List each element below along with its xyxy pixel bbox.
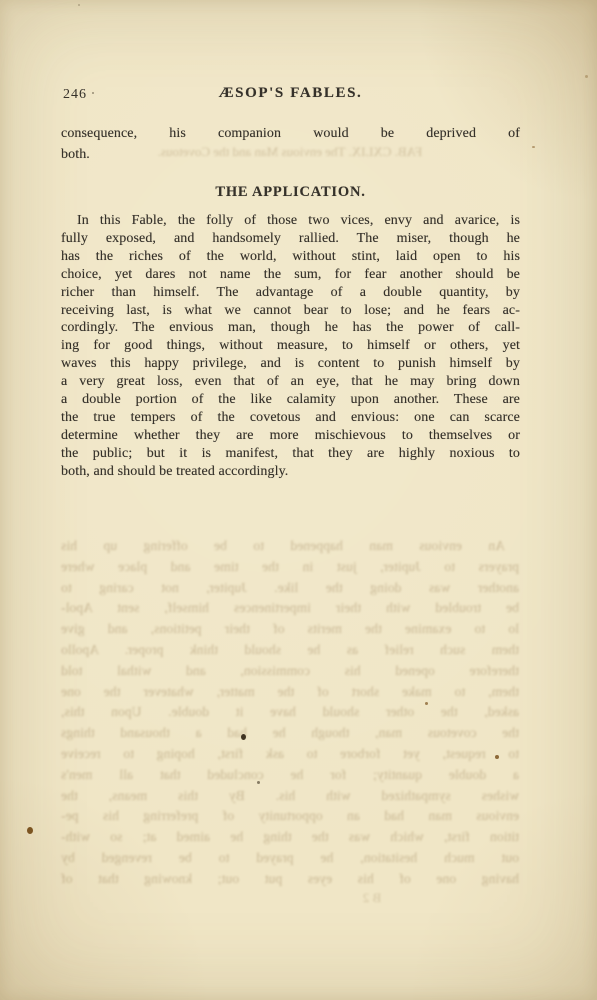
- text-line: them, to make short of the matter, whate…: [61, 682, 519, 703]
- text-line: another was doing the like. Jupiter, not…: [61, 578, 519, 599]
- bleedthrough-text: An envious man happened to be offering u…: [61, 536, 519, 890]
- text-line: waves this happy privilege, and is conte…: [61, 355, 520, 373]
- text-line: ing for good things, without measure, to…: [61, 337, 520, 355]
- page-header: 246 ÆSOP'S FABLES.: [61, 85, 520, 105]
- text-line: cordingly. The envious man, though he ha…: [61, 319, 520, 337]
- text-line: asked, the other should have it double. …: [61, 702, 519, 723]
- text-line: wishes sympathized with his. By this mea…: [61, 786, 519, 807]
- text-line: lo to examine the merits of their petiti…: [61, 619, 519, 640]
- text-line: the true tempers of the covetous and env…: [61, 409, 520, 427]
- text-line: receiving last, is what we cannot bear t…: [61, 302, 520, 320]
- foxing-speck: [78, 4, 80, 6]
- text-line: the public; but it is manifest, that the…: [61, 445, 520, 463]
- text-line: out much hesitation, he prayed to be rev…: [61, 848, 519, 869]
- text-line: choice, yet dares not name the sum, for …: [61, 266, 520, 284]
- text-line: both, and should be treated accordingly.: [61, 463, 520, 481]
- text-line: tition first, which was the thing he aim…: [61, 827, 519, 848]
- foxing-speck: [92, 92, 94, 94]
- text-line: having one of his eyes put out; knowing …: [61, 869, 519, 890]
- text-line: be troubled with their impertinences him…: [61, 598, 519, 619]
- text-line: a double portion of the like calamity up…: [61, 391, 520, 409]
- text-line: An envious man happened to be offering u…: [61, 536, 519, 557]
- text-line: both.: [61, 144, 520, 165]
- text-line: richer than himself. The advantage of a …: [61, 284, 520, 302]
- foxing-speck: [495, 755, 499, 759]
- text-line: prayers to Jupiter, just in the time and…: [61, 557, 519, 578]
- text-line: fully exposed, and handsomely rallied. T…: [61, 230, 520, 248]
- application-paragraph: In this Fable, the folly of those two vi…: [61, 212, 520, 481]
- foxing-speck: [241, 734, 246, 740]
- text-line: a double quantity; for he concluded that…: [61, 765, 519, 786]
- foxing-speck: [425, 702, 428, 705]
- section-heading: THE APPLICATION.: [61, 184, 520, 201]
- text-line: consequence, his companion would be depr…: [61, 123, 520, 144]
- text-line: a very great loss, even that of an eye, …: [61, 373, 520, 391]
- text-line: the covetous man, though he had a thousa…: [61, 723, 519, 744]
- bleedthrough-signature: B 2: [348, 890, 396, 906]
- text-line: them such relief as he should think prop…: [61, 640, 519, 661]
- foxing-speck: [27, 827, 33, 834]
- foxing-speck: [257, 781, 260, 784]
- running-title: ÆSOP'S FABLES.: [61, 85, 520, 102]
- text-line: to request, yet forbore to ask first, ho…: [61, 744, 519, 765]
- text-line: has the riches of the world, without sti…: [61, 248, 520, 266]
- text-line: In this Fable, the folly of those two vi…: [61, 212, 520, 230]
- foxing-speck: [532, 146, 535, 148]
- paragraph-continuation: consequence, his companion would be depr…: [61, 123, 520, 165]
- page-number: 246: [63, 86, 87, 103]
- text-line: envious man had an opportunity of prefer…: [61, 806, 519, 827]
- text-line: determine whether they are more mischiev…: [61, 427, 520, 445]
- scan-page: FAB. CXLIX. The envious Man and the Cove…: [0, 0, 597, 1000]
- foxing-speck: [585, 75, 588, 78]
- text-line: therefore opened his commission, and wit…: [61, 661, 519, 682]
